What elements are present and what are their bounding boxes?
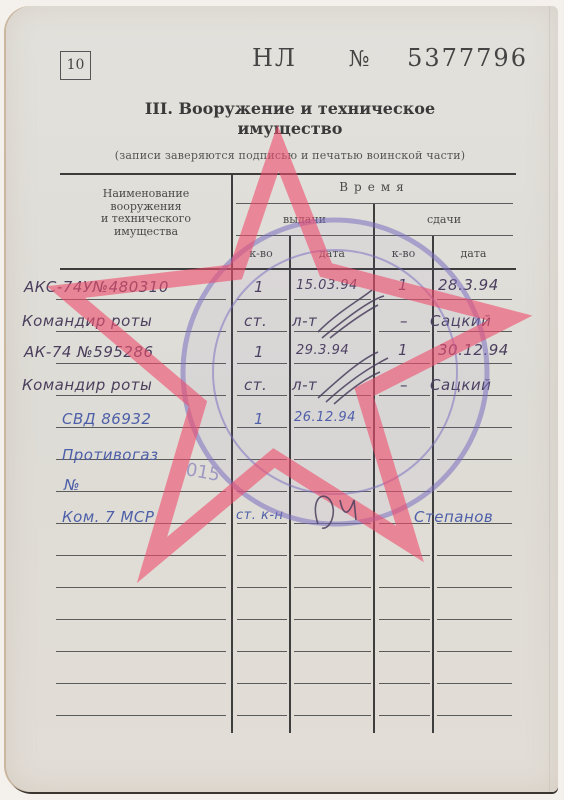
- row1-issue-qty: 1: [254, 278, 264, 296]
- row-rule: [56, 651, 226, 652]
- row-rule: [237, 331, 287, 332]
- row3-issue-date: 29.3.94: [296, 343, 349, 358]
- row5-issue-qty: 1: [254, 410, 264, 428]
- row-rule: [294, 619, 371, 620]
- row2-return-qty: –: [400, 312, 408, 330]
- row-rule: [294, 363, 371, 364]
- row-rule: [379, 331, 430, 332]
- row-rule: [437, 715, 512, 716]
- row1-name: АКС-74У№480310: [24, 278, 169, 296]
- row-rule: [437, 427, 512, 428]
- page-number-box: 10: [60, 51, 91, 80]
- header-issue: выдачи: [236, 214, 373, 227]
- section-title-line2: имущество: [110, 119, 470, 139]
- row-rule: [437, 619, 512, 620]
- row-rule: [379, 683, 430, 684]
- row4-issue-rank: л-т: [292, 376, 317, 394]
- row-rule: [379, 651, 430, 652]
- row-rule: [437, 299, 512, 300]
- row-rule: [437, 555, 512, 556]
- row-rule: [237, 587, 287, 588]
- row-rule: [294, 459, 371, 460]
- row-rule: [437, 459, 512, 460]
- row-rule: [294, 555, 371, 556]
- header-time: Время: [236, 181, 513, 194]
- header-bottom-border: [60, 268, 516, 270]
- row-rule: [56, 363, 226, 364]
- row-rule: [237, 491, 287, 492]
- number-sign: №: [349, 47, 372, 72]
- row2-name: Командир роты: [22, 312, 152, 330]
- row-rule: [379, 363, 430, 364]
- row4-return-signature: Сацкий: [430, 376, 491, 394]
- row5-issue-date: 26.12.94: [294, 410, 356, 425]
- header-return: сдачи: [375, 214, 513, 227]
- header-return-date: дата: [434, 248, 513, 261]
- header-name-line: и технического: [66, 213, 226, 226]
- row4-issue-qty: ст.: [244, 376, 267, 394]
- series-code: НЛ: [252, 44, 297, 72]
- row8-name: Ком. 7 МСР: [62, 508, 154, 526]
- header-issue-qty: к-во: [233, 248, 289, 261]
- row-rule: [379, 715, 430, 716]
- row1-return-qty: 1: [398, 276, 408, 294]
- row-rule: [56, 619, 226, 620]
- section-title-line1: III. Вооружение и техническое: [110, 99, 470, 119]
- row-rule: [379, 555, 430, 556]
- row2-return-signature: Сацкий: [430, 312, 491, 330]
- row-rule: [237, 651, 287, 652]
- row-rule: [237, 555, 287, 556]
- row-rule: [56, 587, 226, 588]
- row3-return-date: 30.12.94: [438, 341, 509, 359]
- row-rule: [294, 395, 371, 396]
- row5-name: СВД 86932: [62, 410, 151, 428]
- row-rule: [379, 427, 430, 428]
- row-rule: [294, 491, 371, 492]
- row3-name: АК-74 №595286: [24, 343, 154, 361]
- row-rule: [237, 299, 287, 300]
- table-top-border: [60, 173, 516, 175]
- row2-issue-qty: ст.: [244, 312, 267, 330]
- row-rule: [437, 395, 512, 396]
- row-rule: [437, 363, 512, 364]
- row-rule: [294, 331, 371, 332]
- document-serial: НЛ № 5377796: [252, 44, 528, 72]
- col-divider-4: [432, 236, 434, 733]
- section-subtitle: (записи заверяются подписью и печатью во…: [70, 149, 510, 162]
- row4-name: Командир роты: [22, 376, 152, 394]
- serial-number: 5377796: [407, 44, 528, 72]
- row-rule: [294, 299, 371, 300]
- row-rule: [237, 683, 287, 684]
- row-rule: [56, 299, 226, 300]
- header-return-qty: к-во: [375, 248, 432, 261]
- col-divider-3: [373, 204, 375, 733]
- row-rule: [237, 459, 287, 460]
- row-rule: [294, 587, 371, 588]
- row-rule: [437, 331, 512, 332]
- row-rule: [294, 651, 371, 652]
- row4-return-qty: –: [400, 376, 408, 394]
- row-rule: [56, 683, 226, 684]
- row1-issue-date: 15.03.94: [296, 278, 358, 293]
- page-edge: [549, 6, 550, 792]
- col-divider-2: [289, 236, 291, 733]
- row-rule: [437, 651, 512, 652]
- row-rule: [437, 683, 512, 684]
- header-name-col: Наименование вооружения и технического и…: [66, 188, 226, 238]
- row-rule: [437, 491, 512, 492]
- row-rule: [379, 299, 430, 300]
- header-name-line: имущества: [66, 226, 226, 239]
- row-rule: [56, 555, 226, 556]
- row-rule: [237, 619, 287, 620]
- row-rule: [56, 715, 226, 716]
- header-issue-date: дата: [291, 248, 373, 261]
- row-rule: [237, 395, 287, 396]
- row8-signature-name: Степанов: [414, 508, 493, 526]
- row3-return-qty: 1: [398, 341, 408, 359]
- row-rule: [237, 715, 287, 716]
- row-rule: [379, 395, 430, 396]
- row7-name: №: [64, 476, 80, 494]
- row3-issue-qty: 1: [254, 343, 264, 361]
- row-rule: [379, 587, 430, 588]
- row2-issue-rank: л-т: [292, 312, 317, 330]
- row-rule: [294, 523, 371, 524]
- row1-return-date: 28.3.94: [438, 276, 499, 294]
- section-title: III. Вооружение и техническое имущество: [110, 99, 470, 139]
- row8-rank: ст. к-н: [236, 508, 284, 523]
- row-rule: [294, 427, 371, 428]
- row-rule: [294, 683, 371, 684]
- header-name-line: Наименование: [66, 188, 226, 201]
- row6-name: Противогаз: [62, 446, 159, 464]
- row-rule: [294, 715, 371, 716]
- row-rule: [56, 395, 226, 396]
- row-rule: [379, 491, 430, 492]
- row-rule: [437, 587, 512, 588]
- row-rule: [56, 491, 226, 492]
- row-rule: [56, 331, 226, 332]
- row-rule: [379, 619, 430, 620]
- row-rule: [379, 459, 430, 460]
- row-rule: [237, 523, 287, 524]
- row-rule: [237, 363, 287, 364]
